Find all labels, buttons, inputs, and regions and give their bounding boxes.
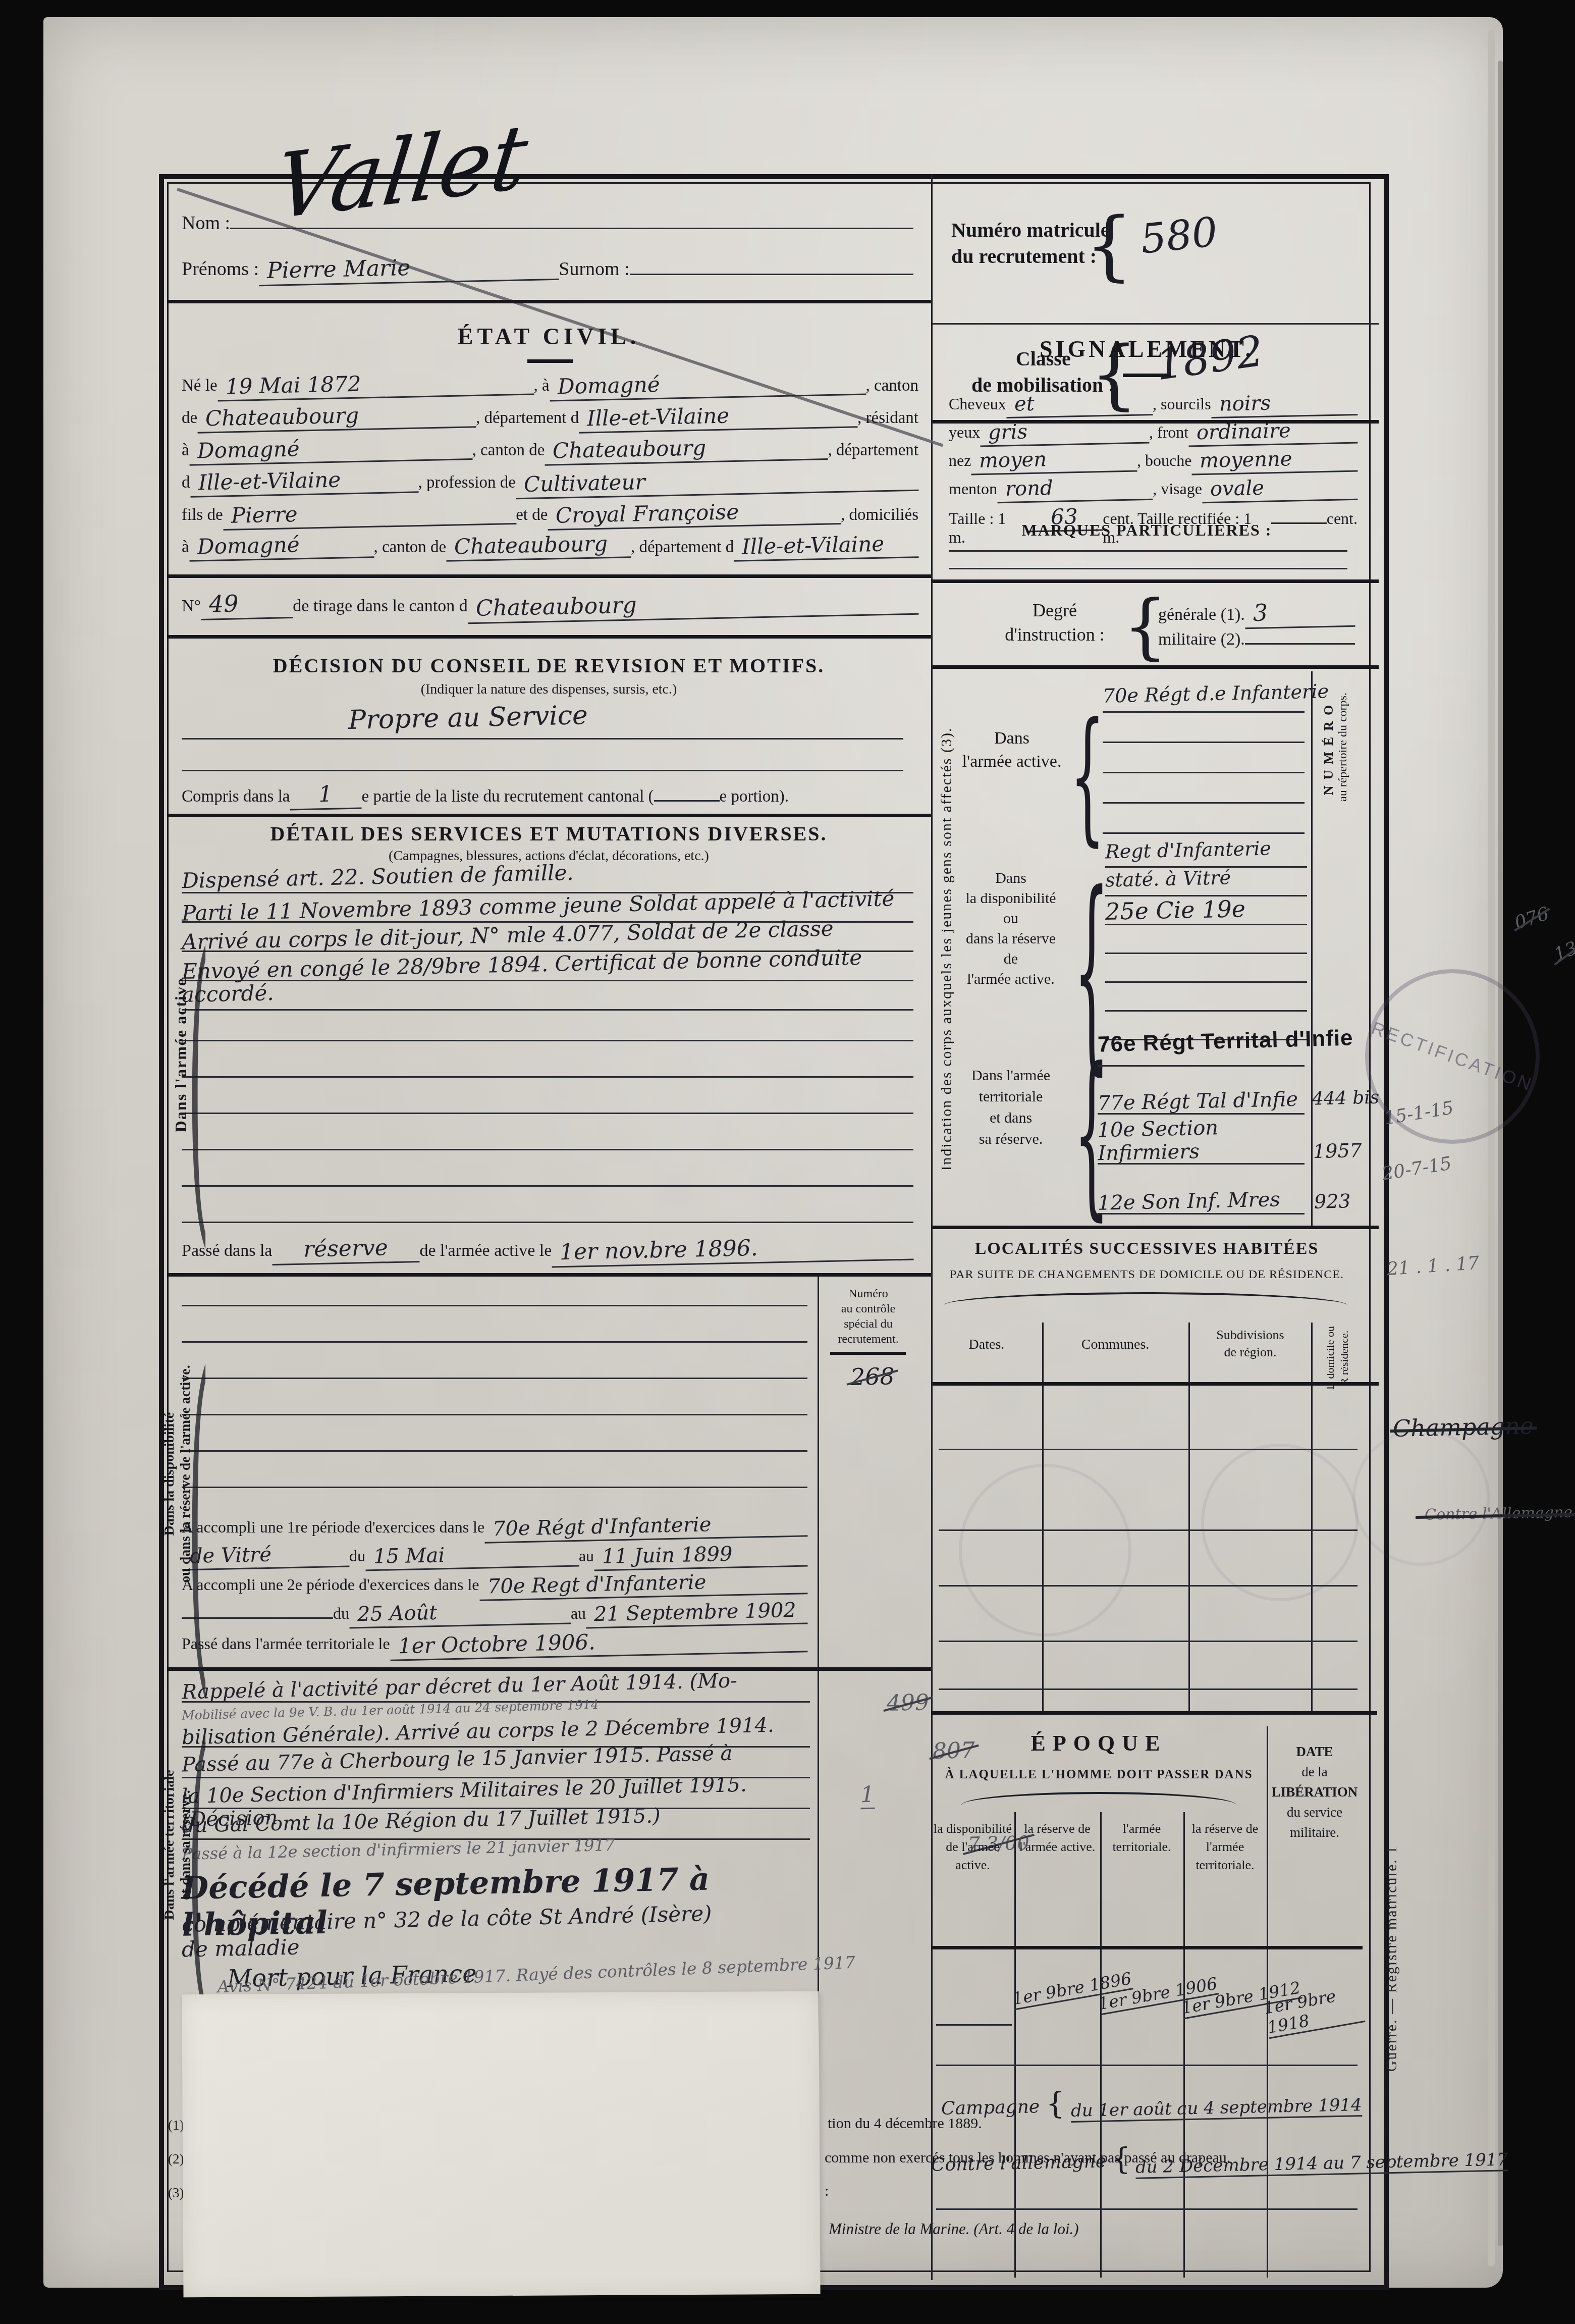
ruled-line bbox=[936, 2208, 1357, 2210]
etat-civil-title: ÉTAT CIVIL. bbox=[167, 323, 931, 350]
ruled-line bbox=[182, 1222, 913, 1223]
terr-num-3: 923 bbox=[1314, 1190, 1351, 1213]
overlay-paper-slip bbox=[182, 1991, 820, 2298]
faint-postmark-stamp bbox=[1352, 1429, 1490, 1566]
decision-rule-1 bbox=[182, 738, 903, 740]
page-stack-edge bbox=[1498, 61, 1503, 2246]
signalement-title-rule bbox=[1123, 374, 1171, 377]
armee-active-line-1: 70e Régt d.e Infanterie bbox=[1103, 682, 1305, 713]
matricule-brace-icon: { bbox=[1085, 202, 1133, 290]
epoque-header-rule bbox=[931, 1946, 1363, 1949]
terr-line-3: 12e Son Inf. Mres bbox=[1098, 1165, 1305, 1214]
etat-civil-line-1: Né le 19 Mai 1872 , à Domagné , canton bbox=[182, 371, 918, 403]
decision-bottom-rule bbox=[167, 814, 931, 817]
instruction-label: Degré d'instruction : bbox=[992, 598, 1118, 647]
dispo-line-2: staté. à Vitré bbox=[1105, 868, 1307, 896]
localites-col-communes: Communes. bbox=[1047, 1337, 1183, 1353]
controle-header-rule bbox=[830, 1352, 906, 1355]
decision-value: Propre au Service bbox=[348, 700, 588, 735]
tirage-bottom-rule bbox=[167, 635, 931, 639]
territorial-line-4: la 10e Section d'Infirmiers Militaires l… bbox=[182, 1778, 810, 1809]
controle-column-header: Numéro au contrôle spécial du recrutemen… bbox=[822, 1286, 915, 1347]
ruled-line bbox=[1103, 713, 1305, 743]
tirage-line: N° 49 de tirage dans le canton d Chateau… bbox=[182, 590, 918, 619]
periode1-line-2: de Vitré du 15 Mai au 11 Juin 1899 bbox=[182, 1543, 807, 1572]
marques-rule-1 bbox=[949, 550, 1347, 552]
localites-col-subdivisions: Subdivisions de région. bbox=[1193, 1327, 1307, 1361]
periode1-line-1: A accompli une 1re période d'exercices d… bbox=[182, 1514, 807, 1543]
numero-repertoire-divider bbox=[1311, 671, 1313, 1227]
epoque-divider-2 bbox=[1100, 1812, 1102, 2278]
ruled-line bbox=[182, 1341, 807, 1343]
faint-postmark-stamp bbox=[959, 1464, 1131, 1636]
dispo-num-2: 1333 bbox=[1551, 929, 1575, 965]
header-bottom-rule bbox=[167, 300, 931, 303]
instruction-generale-row: générale (1). 3 bbox=[1158, 598, 1355, 628]
armee-active-label: Dans l'armée active. bbox=[954, 727, 1070, 773]
ruled-line bbox=[182, 1487, 807, 1488]
reserve-section-rule bbox=[167, 1273, 931, 1277]
dispo-label: Dans la disponibilité ou dans la réserve… bbox=[948, 868, 1074, 989]
epoque-brace-ornament bbox=[961, 1792, 1236, 1805]
ruled-line bbox=[1105, 954, 1307, 983]
signalement-row-1: Cheveux et , sourcils noirs bbox=[949, 391, 1357, 419]
decision-subtitle: (Indiquer la nature des dispenses, sursi… bbox=[167, 681, 931, 698]
territoriale-section-rule bbox=[167, 1667, 931, 1671]
periode2-line-2: du 25 Août au 21 Septembre 1902 bbox=[182, 1601, 807, 1629]
localites-col-dates: Dates. bbox=[939, 1337, 1035, 1353]
margin-label-numero-repertoire: NUMÉRO au répertoire du corps. bbox=[1315, 628, 1355, 866]
ruled-line bbox=[939, 1641, 1357, 1642]
ruled-line bbox=[182, 1149, 913, 1150]
ruled-line bbox=[182, 1378, 807, 1379]
footnote-colon: : bbox=[825, 2183, 829, 2200]
ruled-line bbox=[182, 1113, 913, 1114]
ruled-line bbox=[1105, 983, 1307, 1012]
terr-label: Dans l'armée territoriale et dans sa rés… bbox=[948, 1065, 1074, 1150]
rectification-stamp: RECTIFICATION bbox=[1365, 969, 1540, 1144]
controle-value: 268 bbox=[850, 1362, 895, 1391]
ruled-line bbox=[182, 1414, 807, 1415]
scanned-military-register-page: { "glyphs": { "brace": "{", "paren": "("… bbox=[0, 0, 1575, 2324]
signalement-title: SIGNALEMENT. bbox=[931, 336, 1363, 362]
ruled-line bbox=[182, 1450, 807, 1452]
campagne-row-1: Campagne { du 1er août au 4 septembre 19… bbox=[941, 2086, 1436, 2121]
nom-underline bbox=[230, 228, 913, 229]
etat-civil-line-4: d Ille-et-Vilaine , profession de Cultiv… bbox=[182, 468, 918, 500]
signalement-row-2: yeux gris , front ordinaire bbox=[949, 419, 1357, 448]
localites-subtitle: PAR SUITE DE CHANGEMENTS DE DOMICILE OU … bbox=[931, 1268, 1363, 1282]
etat-civil-title-rule bbox=[527, 359, 573, 363]
footnote-line-1: tion du 4 décembre 1889. bbox=[828, 2115, 982, 2132]
epoque-col1-label: la disponibilité de l'armée active. bbox=[933, 1820, 1012, 1874]
decision-title: DÉCISION DU CONSEIL DE REVISION ET MOTIF… bbox=[167, 654, 931, 677]
marques-label: MARQUES PARTICULIÈRES : bbox=[931, 521, 1363, 540]
passe-reserve-line: Passé dans la réserve de l'armée active … bbox=[182, 1236, 913, 1264]
margin-brace-icon: ( bbox=[188, 888, 209, 1276]
localites-title: LOCALITÉS SUCCESSIVES HABITÉES bbox=[931, 1239, 1363, 1258]
marge-num-1: 499 bbox=[886, 1689, 929, 1716]
prenoms-label: Prénoms : bbox=[182, 258, 259, 280]
footnote-line-2: comme non exercés tous les hommes n'ayan… bbox=[825, 2149, 1230, 2167]
signalement-row-3: nez moyen , bouche moyenne bbox=[949, 448, 1357, 476]
services-line-4: Envoyé en congé le 28/9bre 1894. Certifi… bbox=[182, 952, 913, 981]
ruled-line bbox=[182, 1185, 913, 1187]
epoque-subtitle: À LAQUELLE L'HOMME DOIT PASSER DANS bbox=[931, 1768, 1267, 1782]
localites-header-rule bbox=[933, 1382, 1379, 1386]
terr-num-1: 444 bis bbox=[1312, 1087, 1380, 1110]
matricule-value: 580 bbox=[1138, 208, 1220, 262]
localites-divider-2 bbox=[1188, 1323, 1190, 1711]
etat-civil-line-5: fils de Pierre et de Croyal Françoise , … bbox=[182, 500, 918, 533]
deces-line-1: Décédé le 7 septembre 1917 à l'hôpital bbox=[182, 1864, 810, 1907]
page-stack-edge bbox=[1488, 30, 1495, 2266]
ruled-line bbox=[936, 2065, 1357, 2066]
epoque-col4-label: la réserve de l'armée territoriale. bbox=[1186, 1820, 1264, 1874]
surnom-label: Surnom : bbox=[559, 258, 629, 280]
prenoms-value: Pierre Marie bbox=[259, 252, 559, 286]
passe-territoriale-line: Passé dans l'armée territoriale le 1er O… bbox=[182, 1629, 807, 1660]
localites-col-domicile-residence: D domicile ou R résidence. bbox=[1320, 1292, 1355, 1423]
instruction-bottom-rule bbox=[933, 665, 1379, 669]
margin-brace-icon: ( bbox=[188, 1681, 209, 2043]
epoque-col2-label: la réserve de l'armée active. bbox=[1017, 1820, 1098, 1856]
ruled-line bbox=[1103, 743, 1305, 773]
epoque-col3-label: l'armée territoriale. bbox=[1103, 1820, 1181, 1856]
etat-civil-line-6: à Domagné , canton de Chateaubourg , dép… bbox=[182, 533, 918, 565]
localites-top-rule bbox=[933, 1226, 1379, 1229]
footnote-line-3: Ministre de la Marine. (Art. 4 de la loi… bbox=[829, 2220, 1079, 2238]
epoque-top-rule bbox=[931, 1711, 1377, 1715]
surnom-underline bbox=[630, 274, 913, 275]
nom-label: Nom : bbox=[182, 212, 230, 234]
services-line-5: accordé. bbox=[182, 981, 913, 1011]
terr-stamp-line: 76e Régt Territal d'Infie bbox=[1098, 1029, 1305, 1067]
instruction-top-rule bbox=[933, 579, 1379, 583]
epoque-title: ÉPOQUE bbox=[931, 1730, 1267, 1756]
ruled-line bbox=[939, 1688, 1357, 1690]
marge-num-3: 1 bbox=[860, 1782, 875, 1810]
etat-civil-line-3: à Domagné , canton de Chateaubourg , dép… bbox=[182, 436, 918, 468]
margin-label-guerre-registre: Guerre. — Registre matricule. 1 bbox=[1374, 1661, 1409, 2256]
etat-civil-line-2: de Chateaubourg , département d Ille-et-… bbox=[182, 403, 918, 436]
margin-label-indication-corps: Indication des corps auxquels les jeunes… bbox=[929, 681, 964, 1217]
compris-line: Compris dans la 1 e partie de la liste d… bbox=[182, 781, 908, 810]
dispo-line-1: Regt d'Infanterie bbox=[1105, 839, 1307, 868]
epoque-col5-label: DATE de la LIBÉRATION du service militai… bbox=[1269, 1741, 1360, 1842]
periode2-line-1: A accompli une 2e période d'exercices da… bbox=[182, 1572, 807, 1601]
terr-line-1: 77e Régt Tal d'Infie bbox=[1098, 1067, 1305, 1115]
dispo-num-1: 076 bbox=[1512, 903, 1552, 933]
ruled-line bbox=[182, 1305, 807, 1306]
ruled-line bbox=[182, 1040, 913, 1041]
epoque-table: ÉPOQUE À LAQUELLE L'HOMME DOIT PASSER DA… bbox=[931, 1711, 1363, 2278]
decision-rule-2 bbox=[182, 770, 903, 771]
ruled-line bbox=[182, 1076, 913, 1078]
marques-rule-2 bbox=[949, 568, 1347, 569]
ruled-line bbox=[1103, 804, 1305, 834]
terr-line-2: 10e Section Infirmiers bbox=[1098, 1115, 1305, 1165]
terr-num-2: 1957 bbox=[1313, 1139, 1363, 1163]
ruled-line bbox=[1103, 773, 1305, 804]
matricule-classe-rule bbox=[933, 323, 1379, 325]
etat-civil-rule bbox=[167, 574, 931, 578]
margin-brace-icon: ( bbox=[188, 1302, 209, 1729]
signalement-row-4: menton rond , visage ovale bbox=[949, 476, 1357, 504]
services-title: DÉTAIL DES SERVICES ET MUTATIONS DIVERSE… bbox=[167, 822, 931, 846]
territorial-line-1: Rappelé à l'activité par décret du 1er A… bbox=[182, 1675, 810, 1703]
portion-underline bbox=[654, 800, 720, 802]
epoque-divider-3 bbox=[1183, 1812, 1185, 2278]
armee-active-brace-icon: { bbox=[1070, 692, 1105, 860]
epoque-divider-1 bbox=[1014, 1812, 1016, 2278]
faint-postmark-stamp bbox=[1201, 1444, 1359, 1601]
dispo-line-3: 25e Cie 19e bbox=[1105, 896, 1307, 925]
ruled-line bbox=[936, 2024, 1012, 2026]
ruled-line bbox=[1105, 925, 1307, 954]
